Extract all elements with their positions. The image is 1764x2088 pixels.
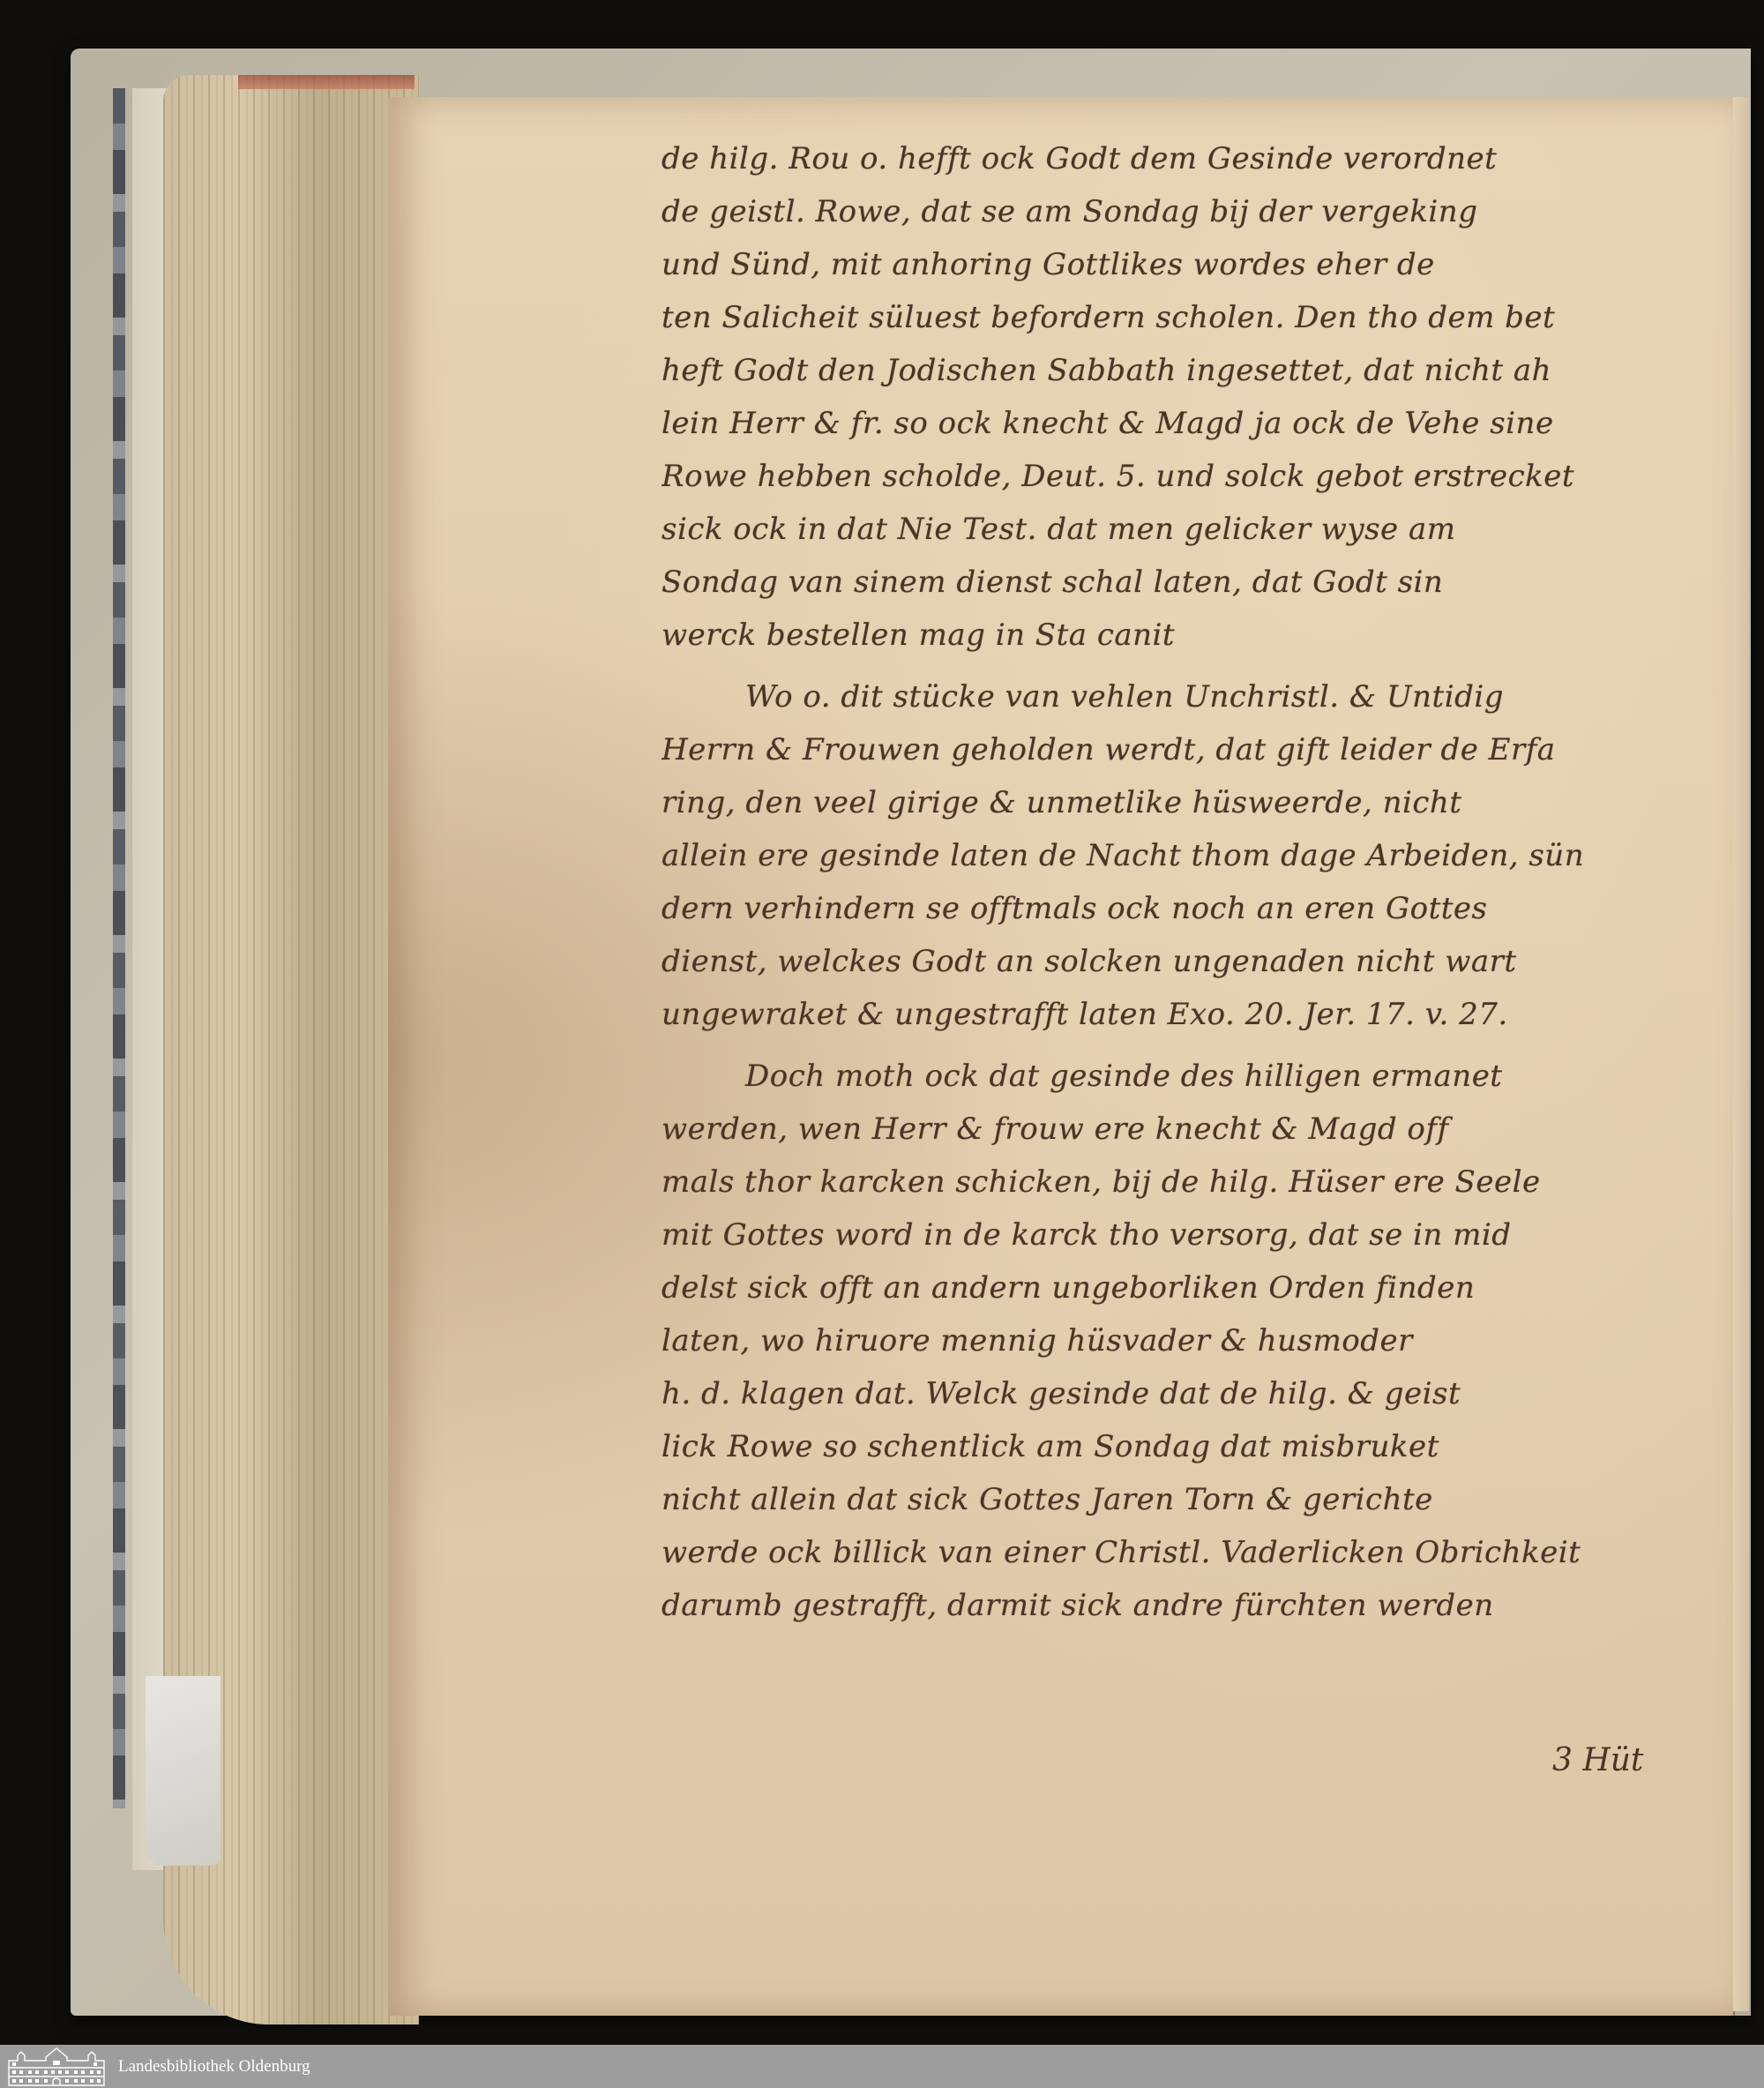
text-line: mit Gottes word in de karck tho versorg,… [661,1209,1720,1261]
text-line: dienst, welckes Godt an solcken ungenade… [661,935,1720,988]
text-line: darumb gestrafft, darmit sick andre fürc… [661,1579,1720,1632]
next-page-edge [1733,97,1749,2011]
text-line: mals thor karcken schicken, bij de hilg.… [661,1156,1720,1209]
paragraph-start-line: Doch moth ock dat gesinde des hilligen e… [661,1050,1720,1103]
text-line: laten, wo hiruore mennig hüsvader & husm… [661,1314,1720,1367]
text-line: Herrn & Frouwen geholden werdt, dat gift… [661,723,1720,776]
tissue-paper-insert [146,1676,220,1866]
text-line: dern verhindern se offtmals ock noch an … [661,882,1720,935]
text-line: de hilg. Rou o. hefft ock Godt dem Gesin… [661,132,1720,185]
library-building-icon [5,2047,108,2087]
text-line: Sondag van sinem dienst schal laten, dat… [661,556,1720,609]
text-line: ungewraket & ungestrafft laten Exo. 20. … [661,988,1720,1041]
catchword: 3 Hüt [1552,1742,1643,1778]
text-line: und Sünd, mit anhoring Gottlikes wordes … [661,238,1720,291]
library-name: Landesbibliothek Oldenburg [118,2057,310,2077]
text-line: sick ock in dat Nie Test. dat men gelick… [661,503,1720,556]
text-line: de geistl. Rowe, dat se am Sondag bij de… [661,185,1720,238]
text-line: ring, den veel girige & unmetlike hüswee… [661,776,1720,829]
text-line: werden, wen Herr & frouw ere knecht & Ma… [661,1103,1720,1156]
text-line: werck bestellen mag in Sta canit [661,609,1720,662]
library-footer-bar: Landesbibliothek Oldenburg [0,2045,1764,2088]
text-line: delst sick offt an andern ungeborliken O… [661,1261,1720,1314]
text-line: ten Salicheit süluest befordern scholen.… [661,291,1720,344]
text-line: h. d. klagen dat. Welck gesinde dat de h… [661,1367,1720,1420]
handwritten-text-block: de hilg. Rou o. hefft ock Godt dem Gesin… [661,132,1720,1632]
text-line: werde ock billick van einer Christl. Vad… [661,1526,1720,1579]
text-line: lein Herr & fr. so ock knecht & Magd ja … [661,397,1720,450]
text-line: allein ere gesinde laten de Nacht thom d… [661,829,1720,882]
text-line: lick Rowe so schentlick am Sondag dat mi… [661,1420,1720,1473]
text-line: heft Godt den Jodischen Sabbath ingesett… [661,344,1720,397]
text-line: Rowe hebben scholde, Deut. 5. und solck … [661,450,1720,503]
red-page-edge [238,75,415,89]
marbled-endpaper [113,88,125,1808]
paragraph-start-line: Wo o. dit stücke van vehlen Unchristl. &… [661,670,1720,723]
text-line: nicht allein dat sick Gottes Jaren Torn … [661,1473,1720,1526]
